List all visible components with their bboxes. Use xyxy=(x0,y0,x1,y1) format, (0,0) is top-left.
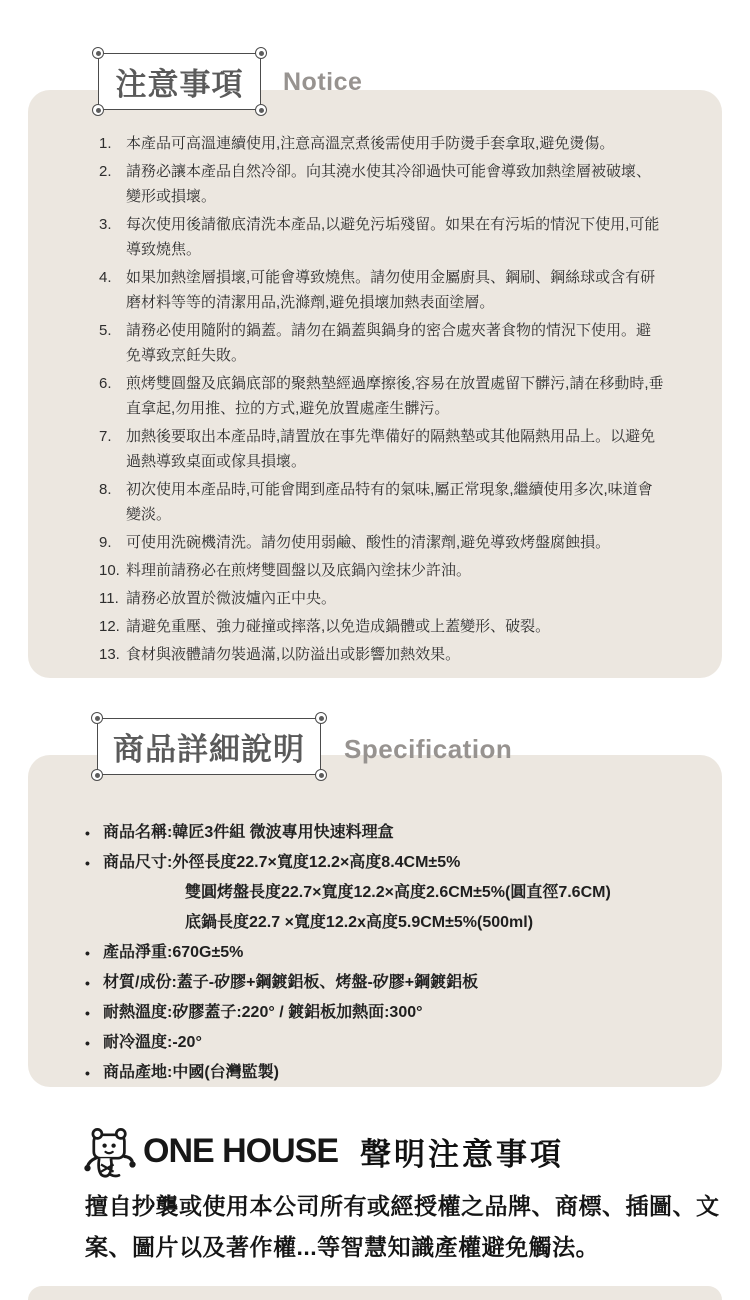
corner-screw-icon xyxy=(255,104,267,116)
notice-item: 1.本產品可高溫連續使用,注意高溫烹煮後需使用手防燙手套拿取,避免燙傷。 xyxy=(99,131,665,156)
spec-row: •商品名稱:韓匠3件組 微波專用快速料理盒 xyxy=(85,818,695,848)
corner-screw-icon xyxy=(91,712,103,724)
notice-title: 注意事項 xyxy=(116,59,244,104)
spec-title: 商品詳細說明 xyxy=(113,724,305,769)
notice-subtitle: Notice xyxy=(283,68,362,97)
spec-list: •商品名稱:韓匠3件組 微波專用快速料理盒 •商品尺寸:外徑長度22.7×寬度1… xyxy=(85,818,695,1088)
bullet-icon: • xyxy=(85,998,103,1028)
brand-mascot-icon xyxy=(83,1122,137,1180)
next-card-top-edge xyxy=(28,1286,722,1300)
notice-item: 3.每次使用後請徹底清洗本產品,以避免污垢殘留。如果在有污垢的情況下使用,可能導… xyxy=(99,212,665,262)
spec-row: •材質/成份:蓋子-矽膠+鋼鍍鋁板、烤盤-矽膠+鋼鍍鋁板 xyxy=(85,968,695,998)
notice-item: 7.加熱後要取出本產品時,請置放在事先準備好的隔熱墊或其他隔熱用品上。以避免過熱… xyxy=(99,424,665,474)
notice-item: 12.請避免重壓、強力碰撞或摔落,以免造成鍋體或上蓋變形、破裂。 xyxy=(99,614,665,639)
statement-title: 聲明注意事項 xyxy=(360,1129,564,1174)
brand-logo-text: ONE HOUSE xyxy=(143,1132,338,1171)
bullet-icon: • xyxy=(85,1028,103,1058)
spec-row-indent: 雙圓烤盤長度22.7×寬度12.2×高度2.6CM±5%(圓直徑7.6CM) xyxy=(85,878,695,908)
spec-row: •商品尺寸:外徑長度22.7×寬度12.2×高度8.4CM±5% xyxy=(85,848,695,878)
corner-screw-icon xyxy=(91,769,103,781)
spec-row: •耐冷溫度:-20° xyxy=(85,1028,695,1058)
notice-item: 10.料理前請務必在煎烤雙圓盤以及底鍋內塗抹少許油。 xyxy=(99,558,665,583)
corner-screw-icon xyxy=(315,712,327,724)
spec-subtitle: Specification xyxy=(344,734,512,765)
notice-item: 6.煎烤雙圓盤及底鍋底部的聚熱墊經過摩擦後,容易在放置處留下髒污,請在移動時,垂… xyxy=(99,371,665,421)
notice-title-box: 注意事項 xyxy=(98,53,261,110)
notice-item: 11.請務必放置於微波爐內正中央。 xyxy=(99,586,665,611)
corner-screw-icon xyxy=(315,769,327,781)
spec-row: •產品淨重:670G±5% xyxy=(85,938,695,968)
spec-title-box: 商品詳細說明 xyxy=(97,718,321,775)
corner-screw-icon xyxy=(255,47,267,59)
notice-item: 2.請務必讓本產品自然冷卻。向其澆水使其冷卻過快可能會導致加熱塗層被破壞、變形或… xyxy=(99,159,665,209)
notice-item: 9.可使用洗碗機清洗。請勿使用弱鹼、酸性的清潔劑,避免導致烤盤腐蝕損。 xyxy=(99,530,665,555)
corner-screw-icon xyxy=(92,104,104,116)
notice-item: 5.請務必使用隨附的鍋蓋。請勿在鍋蓋與鍋身的密合處夾著食物的情況下使用。避免導致… xyxy=(99,318,665,368)
corner-screw-icon xyxy=(92,47,104,59)
notice-item: 13.食材與液體請勿裝過滿,以防溢出或影響加熱效果。 xyxy=(99,642,665,667)
notice-item: 8.初次使用本產品時,可能會聞到產品特有的氣味,屬正常現象,繼續使用多次,味道會… xyxy=(99,477,665,527)
spec-row: •商品產地:中國(台灣監製) xyxy=(85,1058,695,1088)
bullet-icon: • xyxy=(85,1058,103,1088)
product-detail-page: 注意事項 Notice 1.本產品可高溫連續使用,注意高溫烹煮後需使用手防燙手套… xyxy=(0,0,750,1300)
bullet-icon: • xyxy=(85,818,103,848)
bullet-icon: • xyxy=(85,848,103,878)
notice-item: 4.如果加熱塗層損壞,可能會導致燒焦。請勿使用金屬廚具、鋼刷、鋼絲球或含有研磨材… xyxy=(99,265,665,315)
bullet-icon: • xyxy=(85,938,103,968)
spec-row: •耐熱溫度:矽膠蓋子:220° / 鍍鋁板加熱面:300° xyxy=(85,998,695,1028)
spec-row-indent: 底鍋長度22.7 ×寬度12.2x高度5.9CM±5%(500ml) xyxy=(85,908,695,938)
bullet-icon: • xyxy=(85,968,103,998)
disclaimer-text: 擅自抄襲或使用本公司所有或經授權之品牌、商標、插圖、文案、圖片以及著作權...等… xyxy=(85,1186,730,1268)
notice-list: 1.本產品可高溫連續使用,注意高溫烹煮後需使用手防燙手套拿取,避免燙傷。 2.請… xyxy=(99,131,665,670)
brand-statement-row: ONE HOUSE 聲明注意事項 xyxy=(83,1120,564,1182)
